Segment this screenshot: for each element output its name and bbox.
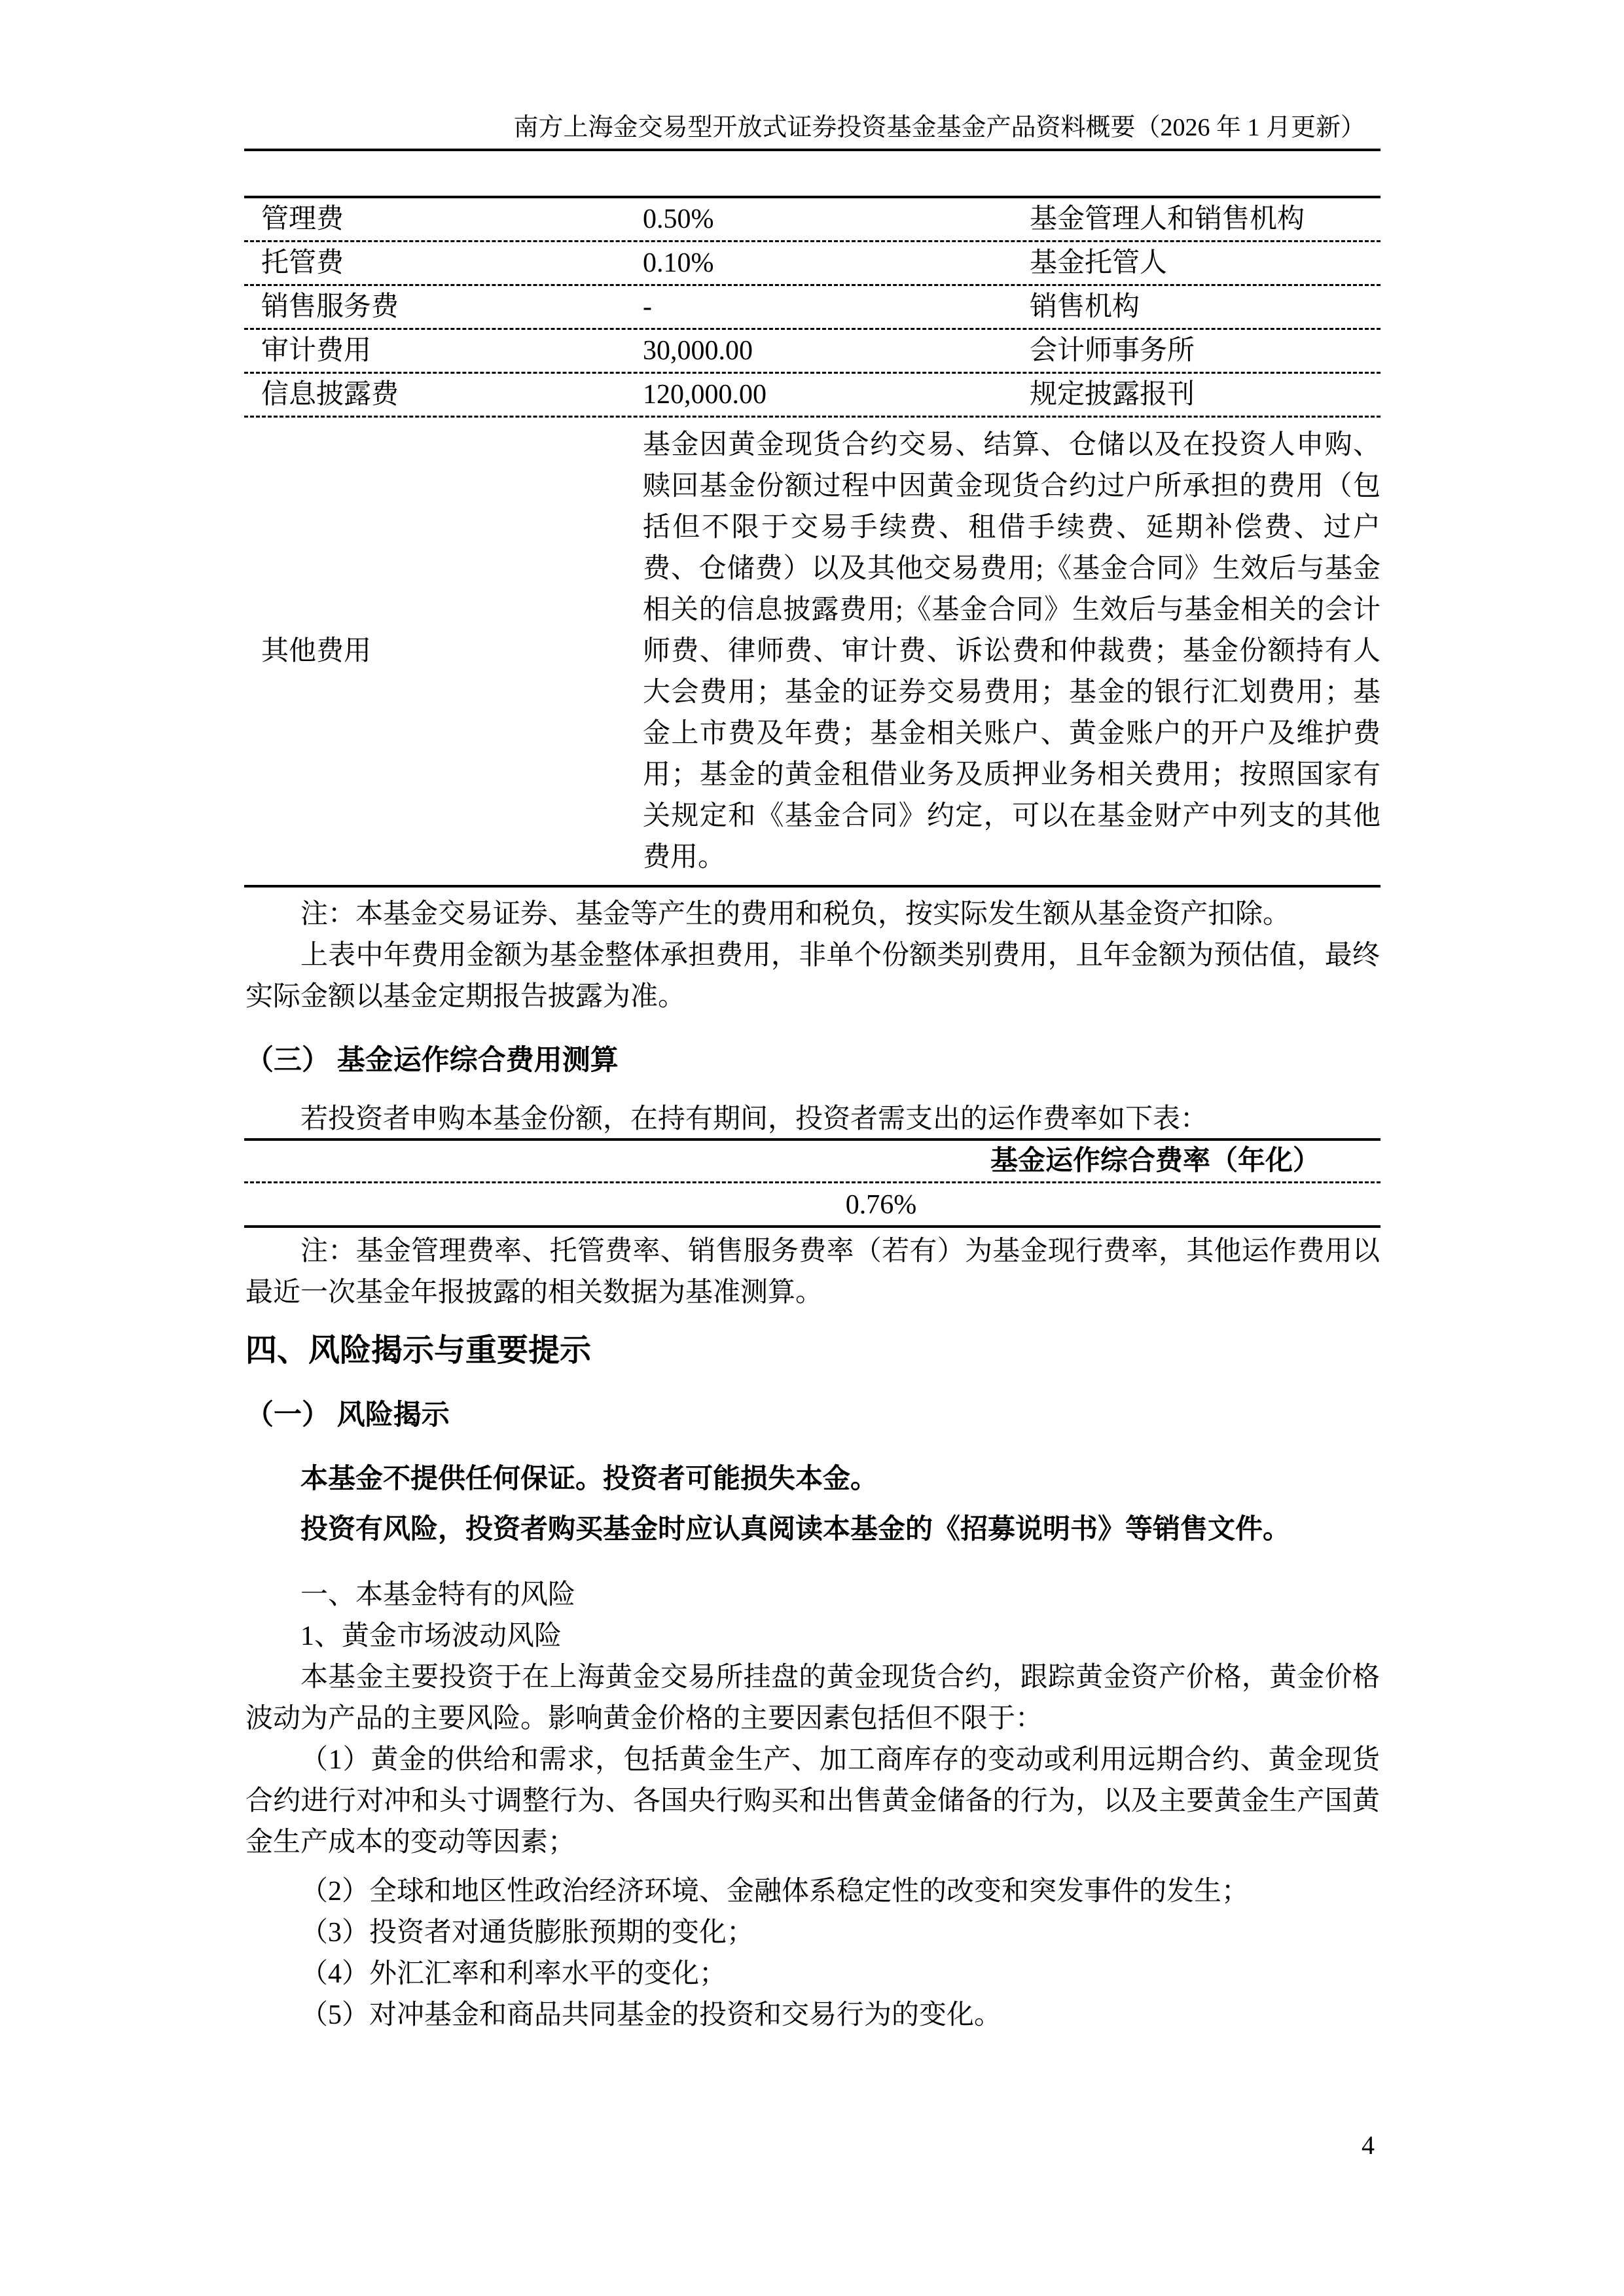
header-rule [244,149,1380,151]
risk-warning-1-text: 本基金不提供任何保证。投资者可能损失本金。 [245,1459,1380,1500]
fee-note-2: 上表中年费用金额为基金整体承担费用，非单个份额类别费用，且年金额为预估值，最终实… [245,935,1380,1018]
fee-value: 120,000.00 [627,374,1017,416]
rate-table: 基金运作综合费率（年化） 0.76% [244,1138,1380,1228]
fee-label: 托管费 [244,243,627,284]
fee-value: - [627,287,1017,328]
section4-heading: 四、风险揭示与重要提示 [245,1329,1380,1372]
risk-factor-4: （4）外汇汇率和利率水平的变化； [245,1954,1380,1995]
risk-factor-1: （1）黄金的供给和需求，包括黄金生产、加工商库存的变动或利用远期合约、黄金现货合… [245,1740,1380,1863]
fee-value: 0.10% [627,243,1017,284]
risk-warning-2: 投资有风险，投资者购买基金时应认真阅读本基金的《招募说明书》等销售文件。 [245,1509,1380,1551]
rate-table-header: 基金运作综合费率（年化） [244,1141,1380,1183]
section3-intro-text: 若投资者申购本基金份额，在持有期间，投资者需支出的运作费率如下表： [245,1099,1380,1140]
fee-label: 销售服务费 [244,287,627,328]
table-row-other-fees: 其他费用 基金因黄金现货合约交易、结算、仓储以及在投资人申购、赎回基金份额过程中… [244,418,1380,885]
section3-intro: 若投资者申购本基金份额，在持有期间，投资者需支出的运作费率如下表： [245,1099,1380,1140]
risk1-intro: 本基金主要投资于在上海黄金交易所挂盘的黄金现货合约，跟踪黄金资产价格，黄金价格波… [245,1657,1380,1740]
fee-note-1: 注：本基金交易证券、基金等产生的费用和税负，按实际发生额从基金资产扣除。 [245,894,1380,935]
fee-recipient: 销售机构 [1017,287,1380,328]
table-row: 销售服务费 - 销售机构 [244,286,1380,330]
fee-label: 审计费用 [244,331,627,372]
fee-value: 30,000.00 [627,331,1017,372]
page-number: 4 [1362,2132,1375,2159]
fee-label: 信息披露费 [244,374,627,416]
fee-label: 管理费 [244,199,627,240]
fee-recipient: 规定披露报刊 [1017,374,1380,416]
document-header-title: 南方上海金交易型开放式证券投资基金基金产品资料概要（2026 年 1 月更新） [245,113,1365,143]
fee-table-notes: 注：本基金交易证券、基金等产生的费用和税负，按实际发生额从基金资产扣除。 上表中… [245,894,1380,1018]
table-row: 管理费 0.50% 基金管理人和销售机构 [244,198,1380,242]
risk1-title: 1、黄金市场波动风险 [245,1616,1380,1657]
other-fees-description: 基金因黄金现货合约交易、结算、仓储以及在投资人申购、赎回基金份额过程中因黄金现货… [627,425,1380,878]
risk-factor-3: （3）投资者对通货膨胀预期的变化； [245,1912,1380,1954]
table-row: 托管费 0.10% 基金托管人 [244,242,1380,286]
rate-note-text: 注：基金管理费率、托管费率、销售服务费率（若有）为基金现行费率，其他运作费用以最… [245,1231,1380,1314]
risk-warning-1: 本基金不提供任何保证。投资者可能损失本金。 [245,1459,1380,1500]
section3-heading: （三） 基金运作综合费用测算 [245,1040,1380,1081]
fee-recipient: 基金托管人 [1017,243,1380,284]
fee-table: 管理费 0.50% 基金管理人和销售机构 托管费 0.10% 基金托管人 销售服… [244,196,1380,888]
document-page: 南方上海金交易型开放式证券投资基金基金产品资料概要（2026 年 1 月更新） … [0,0,1624,2296]
risk-list-title: 一、本基金特有的风险 [245,1575,1380,1616]
table-row: 信息披露费 120,000.00 规定披露报刊 [244,374,1380,418]
section4-sub-heading: （一） 风险揭示 [245,1395,1380,1436]
fee-recipient: 会计师事务所 [1017,331,1380,372]
table-row: 审计费用 30,000.00 会计师事务所 [244,330,1380,374]
risk-factor-5: （5）对冲基金和商品共同基金的投资和交易行为的变化。 [245,1995,1380,2036]
rate-table-note: 注：基金管理费率、托管费率、销售服务费率（若有）为基金现行费率，其他运作费用以最… [245,1231,1380,1314]
fee-recipient: 基金管理人和销售机构 [1017,199,1380,240]
fee-label: 其他费用 [244,631,627,672]
risk-factor-2: （2）全球和地区性政治经济环境、金融体系稳定性的改变和突发事件的发生； [245,1871,1380,1912]
risk-warning-2-text: 投资有风险，投资者购买基金时应认真阅读本基金的《招募说明书》等销售文件。 [245,1509,1380,1551]
risk-section-body: 一、本基金特有的风险 1、黄金市场波动风险 本基金主要投资于在上海黄金交易所挂盘… [245,1575,1380,2036]
fee-value: 0.50% [627,199,1017,240]
rate-table-value: 0.76% [244,1183,1380,1225]
